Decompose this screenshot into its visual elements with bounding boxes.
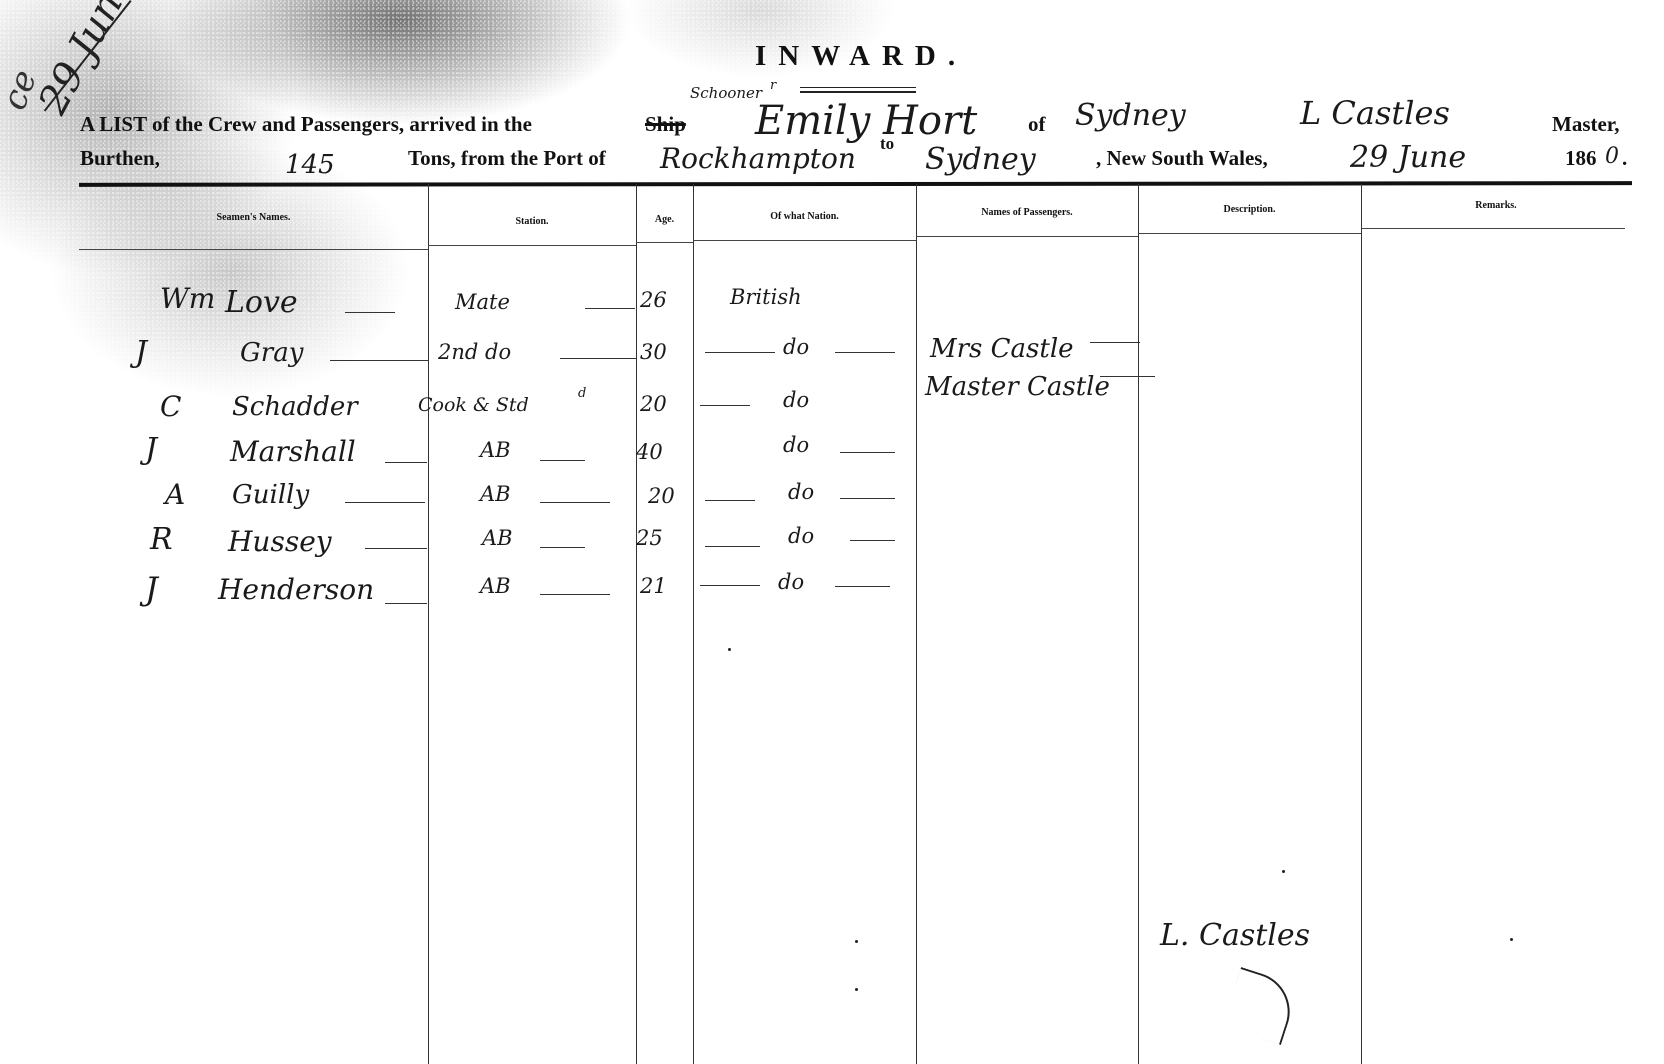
title-underline-double [800,91,916,93]
fill-dash [540,460,585,461]
ink-speck [1510,938,1513,941]
header-underline [916,236,1138,237]
vessel-name: Emily Hort [755,98,977,144]
station-superscript: d [578,386,586,401]
fill-dash [1090,342,1140,343]
crew-age: 25 [636,526,663,550]
from-port: Rockhampton [660,142,856,175]
header-underline [693,240,916,241]
fill-dash [705,352,775,353]
crew-surname: Schadder [232,392,358,422]
year-suffix: . [1622,146,1627,171]
master-label: Master, [1552,112,1619,137]
fill-dash [850,540,895,541]
crew-initial: J [145,570,158,608]
master-signature: L. Castles [1160,918,1310,953]
fill-dash [345,502,425,503]
crew-age: 20 [640,392,667,416]
vessel-type-insert: Schooner [690,84,762,102]
column-header-age: Age. [636,214,693,225]
column-header-nation: Of what Nation. [693,211,916,222]
passenger-name: Mrs Castle [930,334,1074,364]
burthen-label: Burthen, [80,146,160,171]
crew-nation: do [788,524,814,548]
ink-speck [1282,870,1285,873]
crew-surname: Henderson [218,573,374,606]
fill-dash [385,462,427,463]
crew-station: AB [480,438,511,462]
ink-speck [728,648,731,651]
crew-initial: J [145,432,157,467]
state-label: , New South Wales, [1096,146,1268,171]
crew-initial: Wm [160,282,215,315]
column-header-remarks: Remarks. [1361,200,1631,211]
master-name: L Castles [1300,94,1450,132]
to-label: to [880,134,894,154]
to-port: Sydney [925,142,1036,177]
fill-dash [700,405,750,406]
fill-dash [540,502,610,503]
fill-dash [560,358,636,359]
fill-dash [705,500,755,501]
column-divider [1138,184,1139,1064]
crew-station: AB [480,574,511,598]
crew-nation: do [783,433,809,457]
crew-station: AB [480,482,511,506]
column-divider [636,184,637,1064]
burthen-value: 145 [285,150,335,180]
fill-dash [345,312,395,313]
ink-speck [855,940,858,943]
fill-dash [1100,376,1155,377]
fill-dash [585,308,635,309]
crew-age: 30 [640,340,667,364]
crew-surname: Gray [240,338,303,368]
crew-age: 40 [636,440,663,464]
crew-station: 2nd do [438,340,511,364]
crew-initial: A [165,478,185,511]
fill-dash [365,548,427,549]
crew-nation: British [730,285,802,309]
header-line1-prefix: A LIST of the Crew and Passengers, arriv… [80,112,532,137]
crew-surname: Love [225,285,298,320]
fill-dash [835,352,895,353]
stamp-date-annotation: 29 June [30,0,143,122]
crew-age: 21 [640,574,667,598]
tons-label: Tons, from the Port of [408,146,606,171]
header-underline [1138,233,1361,234]
fill-dash [840,452,895,453]
crew-initial: C [160,390,181,423]
column-divider [693,184,694,1064]
crew-nation: do [783,388,809,412]
column-header-description: Description. [1138,204,1361,215]
fill-dash [700,585,760,586]
crew-age: 26 [640,288,667,312]
title-underline [800,87,916,88]
column-header-seamens-names: Seamen's Names. [79,212,428,223]
fill-dash [835,586,890,587]
crew-station: Cook & Std [418,394,529,416]
year-handwritten: 0 [1605,144,1619,169]
arrival-date: 29 June [1350,140,1466,175]
fill-dash [540,547,585,548]
column-divider [916,184,917,1064]
vessel-type-suffix: r [770,78,776,93]
page-title: INWARD. [755,40,967,73]
crew-station: Mate [455,290,510,314]
year-printed: 186 [1565,146,1597,171]
header-underline [636,242,693,243]
crew-initial: J [135,335,147,370]
column-header-passengers: Names of Passengers. [916,207,1138,218]
home-port: Sydney [1075,98,1186,133]
fill-dash [385,603,427,604]
column-divider [428,184,429,1064]
fill-dash [705,546,760,547]
fill-dash [540,594,610,595]
crew-nation: do [783,335,809,359]
fill-dash [330,360,428,361]
of-label: of [1028,112,1046,137]
fill-dash [840,498,895,499]
header-underline [1361,228,1625,229]
ink-speck [855,988,858,991]
header-underline [428,245,636,246]
crew-age: 20 [648,484,675,508]
crew-surname: Guilly [232,480,309,510]
crew-station: AB [482,526,513,550]
struck-word-ship: Ship [645,112,686,137]
header-rule [79,181,1632,187]
crew-initial: R [150,522,173,557]
crew-surname: Hussey [228,525,332,558]
signature-flourish [1222,967,1300,1045]
header-underline [79,249,428,250]
crew-surname: Marshall [230,435,356,468]
column-header-station: Station. [428,216,636,227]
column-divider [1361,184,1362,1064]
crew-nation: do [778,570,804,594]
passenger-name: Master Castle [925,372,1110,402]
crew-nation: do [788,480,814,504]
